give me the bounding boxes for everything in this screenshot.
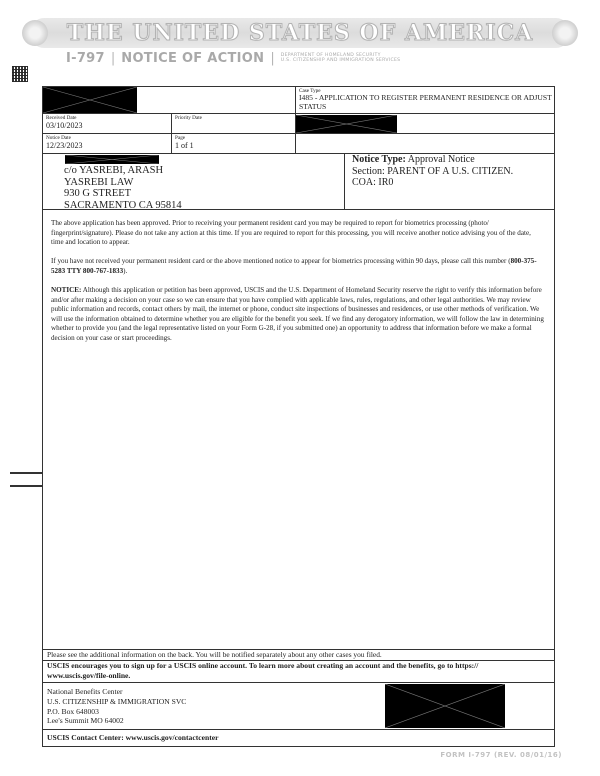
address-line: c/o YASREBI, ARASH	[64, 165, 182, 177]
page-cell: Page 1 of 1	[172, 134, 296, 154]
blank-cell	[296, 134, 554, 154]
notice-title: NOTICE OF ACTION	[121, 51, 264, 66]
office-address: National Benefits Center U.S. CITIZENSHI…	[47, 687, 186, 726]
received-date-value: 03/10/2023	[43, 121, 171, 130]
office-line: P.O. Box 648003	[47, 707, 186, 717]
notice-type-label: Notice Type:	[352, 154, 406, 165]
biometrics-text-end: ).	[123, 267, 127, 275]
redacted-recipient-name	[65, 155, 159, 164]
online-account-row: USCIS encourages you to sign up for a US…	[43, 660, 554, 682]
applicant-cell	[296, 114, 554, 134]
online-account-text: USCIS encourages you to sign up for a US…	[43, 661, 554, 671]
form-revision: FORM I-797 (REV. 08/01/16)	[440, 751, 562, 759]
notice-type-details: Notice Type: Approval Notice Section: PA…	[352, 154, 513, 189]
office-line: U.S. CITIZENSHIP & IMMIGRATION SVC	[47, 697, 186, 707]
received-date-cell: Received Date 03/10/2023	[43, 114, 172, 134]
fold-mark	[10, 472, 42, 474]
online-account-link[interactable]: www.uscis.gov/file-online.	[43, 671, 554, 681]
banner-title: THE UNITED STATES OF AMERICA	[67, 20, 533, 46]
verification-notice-paragraph: NOTICE: Although this application or pet…	[51, 286, 545, 344]
address-line: YASREBI LAW	[64, 177, 182, 189]
notice-type: Notice Type: Approval Notice	[352, 154, 513, 166]
additional-info-row: Please see the additional information on…	[43, 649, 554, 660]
biometrics-text: If you have not received your permanent …	[51, 257, 511, 265]
office-line: National Benefits Center	[47, 687, 186, 697]
address-line: 930 G STREET	[64, 188, 182, 200]
agency-name: DEPARTMENT OF HOMELAND SECURITY U.S. CIT…	[281, 53, 401, 64]
approval-paragraph: The above application has been approved.…	[51, 219, 545, 248]
recipient-address: c/o YASREBI, ARASH YASREBI LAW 930 G STR…	[64, 165, 182, 211]
received-date-label: Received Date	[43, 114, 171, 121]
biometrics-paragraph: If you have not received your permanent …	[51, 257, 545, 276]
notice-label: NOTICE:	[51, 286, 81, 294]
notice-of-action-header: I-797 | NOTICE OF ACTION | DEPARTMENT OF…	[66, 50, 400, 66]
page-value: 1 of 1	[172, 141, 295, 150]
additional-info-text: Please see the additional information on…	[43, 650, 554, 660]
notice-date-value: 12/23/2023	[43, 141, 171, 150]
priority-date-cell: Priority Date	[172, 114, 296, 134]
case-type-cell: Case Type I485 - APPLICATION TO REGISTER…	[296, 87, 554, 114]
notice-type-value: Approval Notice	[408, 154, 475, 165]
contact-center-row: USCIS Contact Center: www.uscis.gov/cont…	[43, 729, 554, 746]
fold-mark	[10, 485, 42, 487]
form-number: I-797	[66, 51, 105, 66]
redacted-signature	[385, 684, 505, 728]
header-banner: THE UNITED STATES OF AMERICA	[30, 18, 570, 48]
redacted-receipt-number	[43, 87, 137, 113]
notice-section: Section: PARENT OF A U.S. CITIZEN.	[352, 166, 513, 178]
office-address-row: National Benefits Center U.S. CITIZENSHI…	[43, 682, 554, 729]
agency-line-2: U.S. CITIZENSHIP AND IMMIGRATION SERVICE…	[281, 58, 401, 63]
header-separator: |	[270, 51, 274, 66]
redacted-applicant-name	[296, 115, 397, 133]
office-line: Lee's Summit MO 64002	[47, 716, 186, 726]
priority-date-label: Priority Date	[172, 114, 295, 121]
barcode-icon	[12, 66, 28, 82]
notice-date-cell: Notice Date 12/23/2023	[43, 134, 172, 154]
notice-date-label: Notice Date	[43, 134, 171, 141]
case-type-value: I485 - APPLICATION TO REGISTER PERMANENT…	[296, 94, 554, 111]
address-line: SACRAMENTO CA 95814	[64, 200, 182, 212]
verification-notice-text: Although this application or petition ha…	[51, 286, 544, 342]
notice-form: Case Type I485 - APPLICATION TO REGISTER…	[42, 86, 555, 747]
contact-center-text[interactable]: USCIS Contact Center: www.uscis.gov/cont…	[43, 730, 554, 743]
blank-cell	[137, 87, 296, 114]
page-label: Page	[172, 134, 295, 141]
receipt-number-cell	[43, 87, 137, 114]
notice-coa: COA: IR0	[352, 177, 513, 189]
header-separator: |	[111, 51, 115, 66]
